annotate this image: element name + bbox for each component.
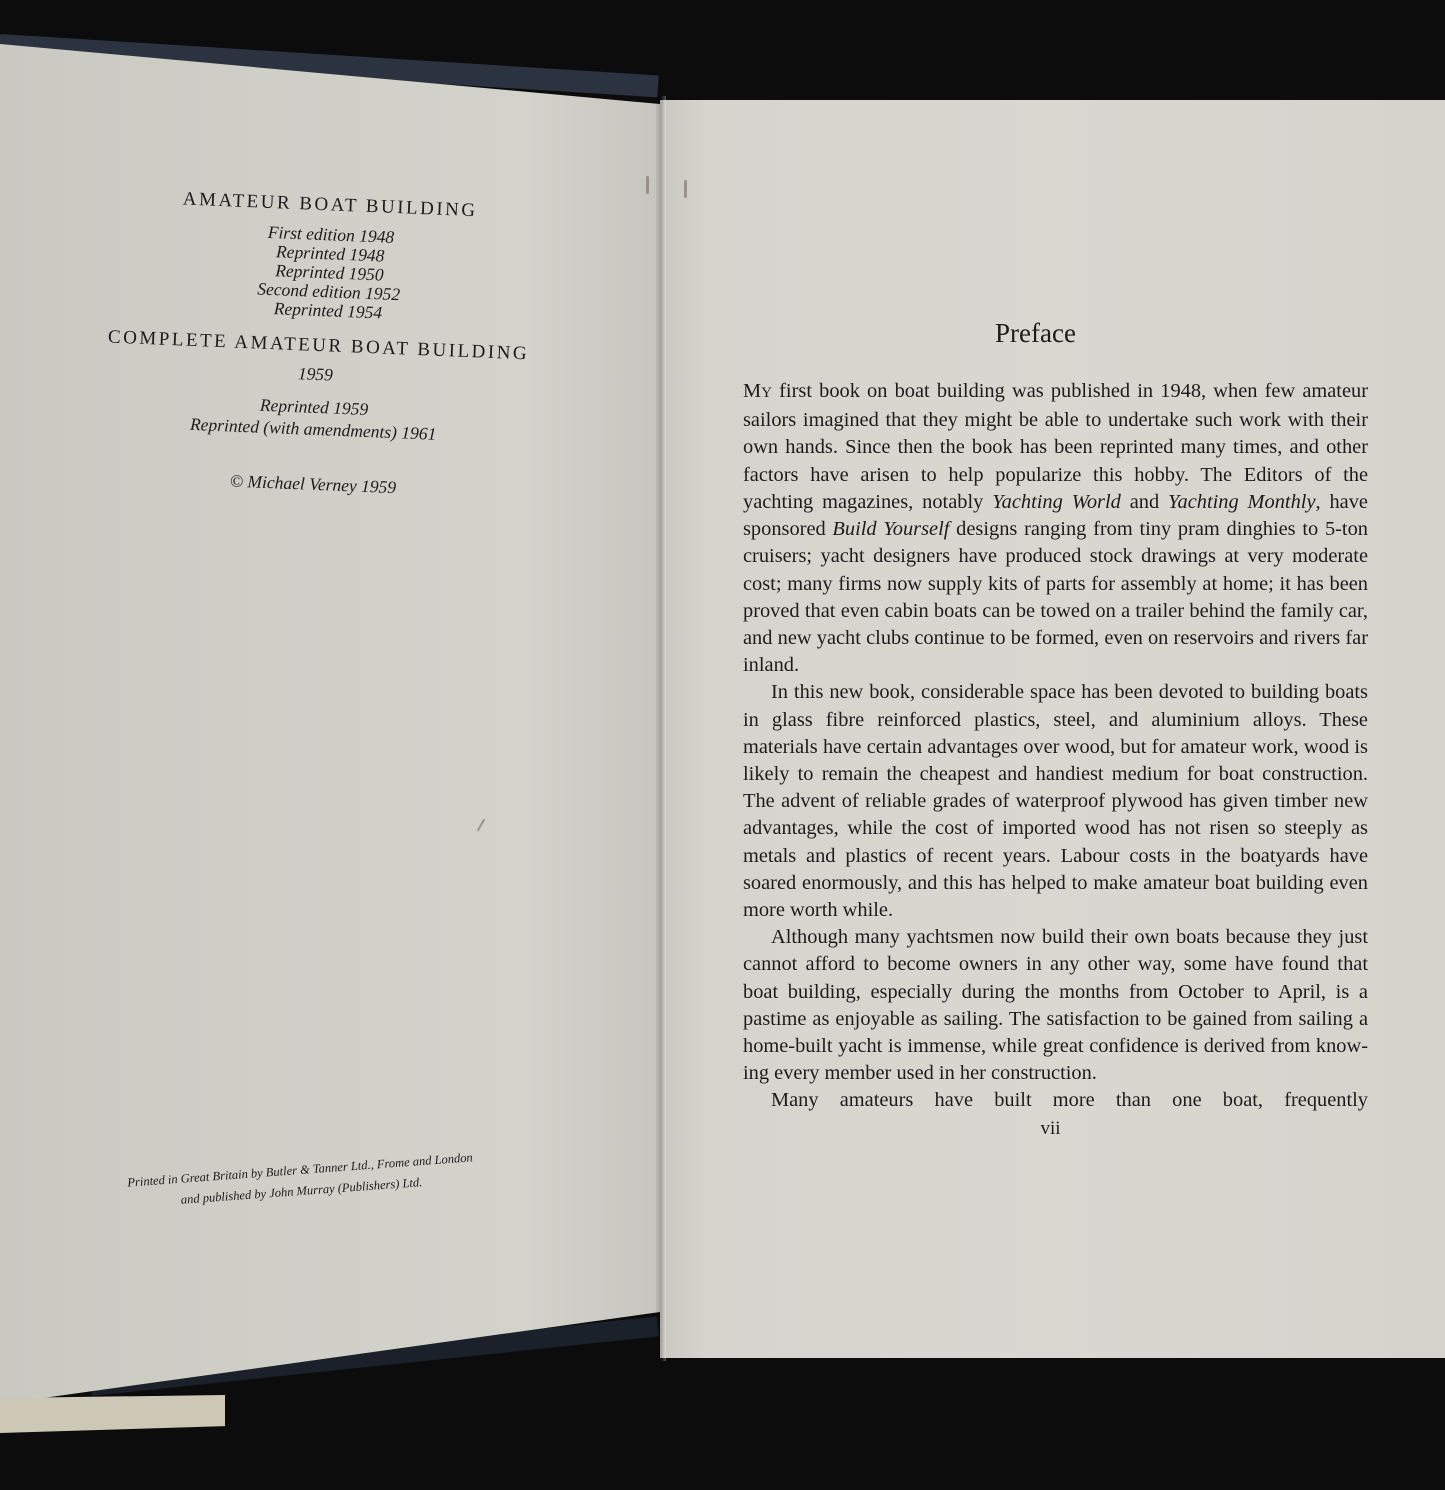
- paragraph: Although many yachtsmen now build their …: [743, 924, 1368, 1087]
- design-series-title: Build Yourself: [832, 518, 949, 540]
- paragraph: My first book on boat building was publi…: [743, 378, 1368, 679]
- edition-history: First edition 1948 Reprinted 1948 Reprin…: [0, 212, 661, 333]
- page-number: vii: [733, 1118, 1368, 1140]
- paragraph: Many amateurs have built more than one b…: [743, 1087, 1368, 1114]
- opening-smallcap: y: [761, 385, 772, 401]
- preface-heading: Preface: [703, 318, 1368, 349]
- magazine-title: Yachting Monthly: [1168, 491, 1315, 513]
- magazine-title: Yachting World: [992, 491, 1121, 513]
- ink-mark: [684, 180, 687, 198]
- opening-capital: M: [743, 380, 761, 402]
- text-segment: and: [1121, 491, 1168, 513]
- text-segment: designs ranging from tiny pram dinghies …: [743, 518, 1368, 676]
- copyright-notice: © Michael Verney 1959: [0, 462, 643, 507]
- paragraph: In this new book, considerable space has…: [743, 679, 1368, 924]
- preface-section: Preface My first book on boat building w…: [743, 300, 1368, 1140]
- preface-body: My first book on boat building was publi…: [743, 378, 1368, 1114]
- torn-endpaper: [0, 1395, 225, 1433]
